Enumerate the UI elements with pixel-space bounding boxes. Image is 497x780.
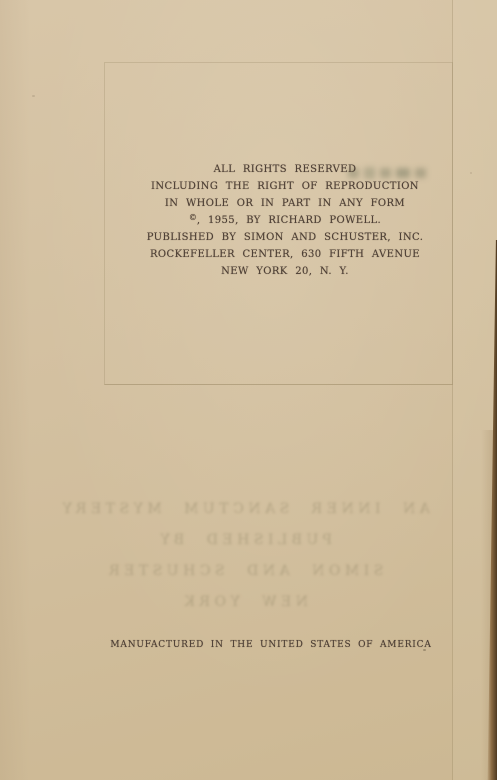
book-copyright-page: ALL RIGHTS RESERVED INCLUDING THE RIGHT … <box>0 0 497 780</box>
showthrough-line-publishedby: PUBLISHED BY <box>44 525 444 556</box>
paper-speck <box>470 172 472 174</box>
copyright-symbol: © <box>189 213 197 222</box>
copyright-line-year: ©, 1955, BY RICHARD POWELL. <box>110 212 460 229</box>
copyright-year-author: , 1955, BY RICHARD POWELL. <box>197 215 381 226</box>
page-edge-line <box>452 0 453 780</box>
copyright-line-whole: IN WHOLE OR IN PART IN ANY FORM <box>110 195 460 212</box>
copyright-line-rights: ALL RIGHTS RESERVED <box>110 161 460 178</box>
showthrough-line-mystery: AN INNER SANCTUM MYSTERY <box>44 494 444 525</box>
paper-speck <box>32 95 35 97</box>
showthrough-imprint-block: AN INNER SANCTUM MYSTERY PUBLISHED BY SI… <box>44 494 444 618</box>
copyright-line-including: INCLUDING THE RIGHT OF REPRODUCTION <box>110 178 460 195</box>
copyright-line-publisher: PUBLISHED BY SIMON AND SCHUSTER, INC. <box>110 229 460 246</box>
copyright-line-city: NEW YORK 20, N. Y. <box>110 263 460 280</box>
showthrough-line-simon: SIMON AND SCHUSTER <box>44 556 444 587</box>
copyright-block: ALL RIGHTS RESERVED INCLUDING THE RIGHT … <box>110 161 460 280</box>
showthrough-line-newyork: NEW YORK <box>44 587 444 618</box>
left-edge-shading <box>0 0 30 780</box>
manufactured-line: MANUFACTURED IN THE UNITED STATES OF AME… <box>61 637 481 654</box>
paper-speck <box>423 649 426 651</box>
copyright-line-address: ROCKEFELLER CENTER, 630 FIFTH AVENUE <box>110 246 460 263</box>
